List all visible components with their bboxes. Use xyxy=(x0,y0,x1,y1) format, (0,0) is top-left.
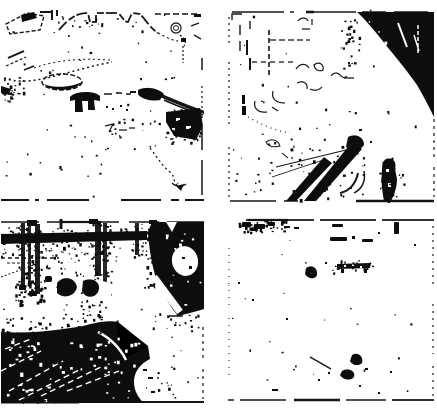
noise-speck xyxy=(358,49,360,51)
cable-curve xyxy=(150,148,186,191)
noise-speck xyxy=(372,266,374,267)
noise-speck xyxy=(100,301,103,303)
noise-speck xyxy=(19,93,21,95)
noise-speck xyxy=(5,252,6,254)
noise-speck xyxy=(58,399,60,401)
noise-speck xyxy=(393,164,395,166)
noise-speck xyxy=(165,137,167,138)
noise-speck xyxy=(187,281,189,283)
noise-speck xyxy=(150,123,152,125)
noise-speck xyxy=(22,399,23,401)
noise-speck xyxy=(34,245,36,247)
noise-speck xyxy=(241,225,243,227)
noise-speck xyxy=(20,300,23,303)
noise-speck xyxy=(271,221,272,223)
noise-speck xyxy=(399,174,400,176)
noise-speck xyxy=(84,253,86,254)
noise-speck xyxy=(25,290,27,292)
noise-speck xyxy=(166,237,168,240)
noise-speck xyxy=(357,153,359,155)
arm-diagonal xyxy=(272,129,372,201)
noise-speck xyxy=(45,327,47,330)
noise-speck xyxy=(330,184,332,185)
noise-speck xyxy=(43,235,45,237)
noise-speck xyxy=(365,271,367,273)
noise-speck xyxy=(150,284,152,287)
noise-speck xyxy=(173,355,175,357)
noise-speck xyxy=(388,200,390,203)
noise-speck xyxy=(12,232,14,234)
noise-speck xyxy=(272,183,274,185)
noise-speck xyxy=(23,88,25,90)
noise-speck xyxy=(49,268,50,270)
noise-speck xyxy=(9,227,10,229)
noise-speck xyxy=(38,252,39,253)
noise-speck xyxy=(305,262,307,263)
noise-speck xyxy=(79,237,81,239)
noise-speck xyxy=(81,302,82,304)
noise-speck xyxy=(175,322,176,324)
noise-speck xyxy=(154,121,156,123)
noise-speck xyxy=(370,262,371,264)
noise-speck xyxy=(30,294,33,297)
noise-speck xyxy=(55,401,57,404)
noise-speck xyxy=(109,252,112,254)
noise-speck xyxy=(382,185,384,187)
noise-speck xyxy=(97,278,99,280)
noise-speck xyxy=(87,176,89,177)
noise-speck xyxy=(44,287,47,289)
noise-speck xyxy=(38,322,39,324)
noise-speck xyxy=(119,135,120,136)
noise-speck xyxy=(101,319,103,320)
noise-speck xyxy=(396,196,398,197)
noise-speck xyxy=(341,262,343,264)
noise-speck xyxy=(77,242,79,244)
noise-speck xyxy=(61,327,63,329)
noise-speck xyxy=(94,305,96,306)
noise-speck xyxy=(32,239,34,240)
noise-speck xyxy=(167,382,168,383)
noise-speck xyxy=(21,282,23,284)
noise-speck xyxy=(171,143,173,145)
noise-speck xyxy=(36,224,38,225)
noise-speck xyxy=(20,347,22,348)
noise-speck xyxy=(348,65,351,67)
noise-speck xyxy=(85,329,87,332)
noise-speck xyxy=(415,126,417,129)
noise-speck xyxy=(119,248,121,249)
noise-speck xyxy=(9,364,11,367)
noise-speck xyxy=(81,368,83,370)
noise-speck xyxy=(4,78,6,80)
noise-speck xyxy=(78,329,81,331)
noise-speck xyxy=(44,400,46,402)
noise-speck xyxy=(80,60,82,61)
noise-speck xyxy=(272,231,274,232)
noise-speck xyxy=(296,102,298,104)
noise-speck xyxy=(98,247,99,249)
noise-speck xyxy=(76,275,78,277)
noise-speck xyxy=(93,365,96,367)
noise-speck xyxy=(352,268,354,270)
noise-speck xyxy=(96,245,99,247)
noise-speck xyxy=(343,47,345,49)
noise-speck xyxy=(81,47,83,49)
noise-speck xyxy=(299,159,302,161)
noise-speck xyxy=(353,262,355,265)
noise-speck xyxy=(90,52,93,54)
noise-speck xyxy=(87,315,89,316)
noise-speck xyxy=(174,248,176,250)
noise-speck xyxy=(39,238,41,241)
binarized-photo-top-right xyxy=(228,7,436,203)
noise-speck xyxy=(119,136,121,138)
noise-speck xyxy=(257,222,258,224)
noise-speck xyxy=(149,258,151,259)
noise-speck xyxy=(50,239,52,241)
small-floor-marks xyxy=(105,124,135,132)
noise-speck xyxy=(253,227,254,228)
noise-speck xyxy=(340,194,342,197)
noise-speck xyxy=(256,229,257,231)
noise-speck xyxy=(363,157,365,160)
noise-speck xyxy=(158,254,160,256)
noise-speck xyxy=(333,161,335,164)
noise-speck xyxy=(173,114,176,117)
noise-speck xyxy=(41,288,44,291)
noise-speck xyxy=(260,225,262,228)
noise-speck xyxy=(141,254,143,256)
noise-speck xyxy=(333,272,335,275)
noise-speck xyxy=(108,341,110,344)
noise-speck xyxy=(155,321,156,322)
noise-speck xyxy=(39,275,41,276)
noise-speck xyxy=(171,367,173,368)
noise-speck xyxy=(107,148,109,149)
noise-speck xyxy=(164,15,165,17)
noise-speck xyxy=(28,283,31,287)
noise-speck xyxy=(257,174,259,176)
noise-speck xyxy=(33,264,35,266)
noise-speck xyxy=(274,142,276,145)
noise-speck xyxy=(63,318,65,320)
noise-speck xyxy=(90,358,93,361)
noise-speck xyxy=(179,325,181,326)
noise-speck xyxy=(366,38,368,40)
noise-speck xyxy=(340,185,341,186)
noise-speck xyxy=(383,165,386,168)
noise-speck xyxy=(49,250,51,252)
noise-speck xyxy=(301,153,302,154)
noise-speck xyxy=(400,177,401,178)
noise-speck xyxy=(147,258,149,259)
noise-speck xyxy=(101,252,104,255)
noise-speck xyxy=(94,279,96,280)
noise-speck xyxy=(20,225,22,227)
noise-speck xyxy=(106,260,108,262)
noise-speck xyxy=(138,254,140,256)
noise-speck xyxy=(99,234,102,238)
noise-speck xyxy=(86,232,89,235)
noise-speck xyxy=(115,133,117,135)
noise-speck xyxy=(153,251,155,252)
noise-speck xyxy=(249,227,252,230)
noise-speck xyxy=(303,171,304,172)
noise-speck xyxy=(357,324,359,325)
noise-speck xyxy=(381,180,383,183)
noise-speck xyxy=(97,344,100,347)
noise-speck xyxy=(179,244,182,247)
noise-speck xyxy=(84,137,86,138)
noise-speck xyxy=(113,233,115,234)
noise-speck xyxy=(260,189,262,191)
noise-speck xyxy=(101,317,103,318)
noise-speck xyxy=(54,32,55,33)
noise-speck xyxy=(36,278,38,280)
noise-speck xyxy=(121,331,123,332)
noise-speck xyxy=(403,184,405,186)
noise-speck xyxy=(390,165,392,166)
noise-speck xyxy=(243,222,245,224)
noise-speck xyxy=(38,233,40,235)
noise-speck xyxy=(272,170,274,172)
noise-speck xyxy=(179,312,181,315)
noise-speck xyxy=(2,329,5,333)
noise-speck xyxy=(86,300,88,303)
noise-speck xyxy=(30,321,31,323)
noise-speck xyxy=(62,371,65,374)
noise-speck xyxy=(358,260,360,261)
noise-speck xyxy=(148,286,150,289)
noise-speck xyxy=(392,193,394,196)
noise-speck xyxy=(75,272,77,274)
noise-speck xyxy=(273,226,275,228)
noise-speck xyxy=(346,34,348,36)
binarized-photo-top-left xyxy=(1,8,204,203)
noise-speck xyxy=(388,174,390,175)
noise-speck xyxy=(70,367,73,370)
noise-speck xyxy=(27,232,29,233)
noise-speck xyxy=(130,344,133,348)
noise-speck xyxy=(107,273,108,275)
noise-speck xyxy=(61,251,63,252)
noise-speck xyxy=(39,299,42,303)
noise-speck xyxy=(379,47,381,49)
noise-speck xyxy=(13,92,14,93)
noise-speck xyxy=(152,231,155,233)
noise-speck xyxy=(42,256,44,259)
noise-speck xyxy=(37,286,39,288)
noise-speck xyxy=(39,399,42,401)
noise-speck xyxy=(372,49,375,52)
noise-speck xyxy=(190,320,192,322)
noise-speck xyxy=(84,20,86,21)
noise-speck xyxy=(190,122,192,125)
noise-speck xyxy=(93,234,95,237)
noise-speck xyxy=(59,166,61,169)
noise-speck xyxy=(58,261,60,263)
noise-speck xyxy=(81,305,83,307)
noise-speck xyxy=(364,268,366,271)
noise-speck xyxy=(285,221,287,224)
noise-speck xyxy=(30,241,31,242)
noise-speck xyxy=(155,145,156,146)
noise-speck xyxy=(395,314,396,316)
noise-speck xyxy=(104,280,107,282)
noise-speck xyxy=(81,346,84,348)
noise-speck xyxy=(12,253,14,256)
noise-speck xyxy=(19,235,21,238)
noise-speck xyxy=(111,271,113,273)
noise-speck xyxy=(283,230,286,232)
noise-speck xyxy=(133,250,135,252)
noise-speck xyxy=(293,146,294,148)
noise-speck xyxy=(319,194,321,196)
noise-speck xyxy=(98,223,101,225)
noise-speck xyxy=(29,173,31,176)
noise-speck xyxy=(117,92,119,94)
noise-speck xyxy=(20,254,23,256)
noise-speck xyxy=(377,45,379,47)
noise-speck xyxy=(108,371,110,373)
noise-speck xyxy=(264,221,267,223)
noise-speck xyxy=(312,198,314,200)
photo-panel-bottom-left xyxy=(1,219,205,406)
noise-speck xyxy=(32,257,33,258)
noise-speck xyxy=(61,262,63,264)
noise-speck xyxy=(63,230,65,231)
noise-speck xyxy=(143,243,144,244)
noise-speck xyxy=(245,227,248,230)
noise-speck xyxy=(7,331,9,333)
noise-speck xyxy=(27,272,29,274)
noise-speck xyxy=(63,309,64,310)
noise-speck xyxy=(37,402,39,404)
noise-speck xyxy=(351,172,353,174)
noise-speck xyxy=(284,227,286,229)
noise-speck xyxy=(35,269,38,271)
noise-speck xyxy=(352,40,354,42)
noise-speck xyxy=(75,262,76,263)
noise-speck xyxy=(21,285,23,286)
noise-speck xyxy=(68,35,70,37)
noise-speck xyxy=(166,132,169,135)
noise-speck xyxy=(10,86,13,90)
noise-speck xyxy=(324,139,326,141)
noise-speck xyxy=(228,285,229,286)
noise-speck xyxy=(54,257,56,260)
noise-speck xyxy=(15,236,17,238)
noise-speck xyxy=(38,257,41,259)
noise-speck xyxy=(244,45,245,46)
noise-speck xyxy=(388,188,391,190)
noise-speck xyxy=(343,175,346,177)
noise-speck xyxy=(34,239,36,241)
noise-speck xyxy=(16,245,18,247)
noise-speck xyxy=(37,302,40,305)
noise-speck xyxy=(21,278,23,281)
noise-speck xyxy=(369,36,370,38)
noise-speck xyxy=(105,307,107,309)
noise-speck xyxy=(20,373,23,377)
noise-speck xyxy=(27,154,29,156)
noise-speck xyxy=(72,248,73,249)
noise-speck xyxy=(79,26,81,28)
noise-speck xyxy=(359,44,361,45)
noise-speck xyxy=(6,162,8,163)
shelf-marks xyxy=(242,222,416,246)
noise-speck xyxy=(143,387,146,391)
noise-speck xyxy=(88,246,90,247)
noise-speck xyxy=(93,224,95,227)
noise-speck xyxy=(165,79,167,81)
noise-speck xyxy=(184,234,186,235)
noise-speck xyxy=(52,243,54,245)
noise-speck xyxy=(16,284,19,286)
noise-speck xyxy=(150,251,153,253)
noise-speck xyxy=(143,375,146,379)
shelf-edge-fragments xyxy=(232,14,354,158)
noise-speck xyxy=(155,231,157,233)
noise-speck xyxy=(124,122,126,124)
noise-speck xyxy=(383,162,386,164)
noise-speck xyxy=(102,236,104,238)
noise-speck xyxy=(91,140,92,142)
noise-speck xyxy=(145,254,147,256)
noise-speck xyxy=(76,254,78,257)
noise-speck xyxy=(133,236,135,238)
noise-speck xyxy=(43,94,44,95)
noise-speck xyxy=(134,256,136,259)
noise-speck xyxy=(352,155,354,158)
noise-speck xyxy=(181,240,183,242)
noise-speck xyxy=(102,245,105,249)
noise-speck xyxy=(34,275,36,276)
noise-speck xyxy=(37,342,40,345)
noise-speck xyxy=(153,283,155,285)
noise-speck xyxy=(38,267,40,269)
noise-speck xyxy=(125,228,128,230)
noise-speck xyxy=(187,381,189,383)
noise-speck xyxy=(350,187,352,189)
noise-speck xyxy=(90,315,92,316)
noise-speck xyxy=(127,397,129,398)
noise-speck xyxy=(239,225,242,229)
noise-speck xyxy=(98,314,101,317)
noise-speck xyxy=(308,173,310,175)
noise-speck xyxy=(15,286,17,289)
noise-speck xyxy=(325,109,327,112)
noise-speck xyxy=(136,244,138,245)
noise-speck xyxy=(40,251,43,254)
noise-speck xyxy=(355,269,357,271)
noise-speck xyxy=(146,251,147,252)
noise-speck xyxy=(19,77,21,79)
noise-speck xyxy=(60,268,62,270)
noise-speck xyxy=(139,373,142,377)
noise-speck xyxy=(159,313,161,316)
noise-speck xyxy=(19,83,21,86)
noise-speck xyxy=(114,128,116,130)
noise-speck xyxy=(27,244,30,247)
noise-speck xyxy=(58,22,60,24)
noise-speck xyxy=(95,18,97,21)
noise-speck xyxy=(23,403,25,404)
noise-speck xyxy=(174,368,175,369)
noise-speck xyxy=(100,332,102,334)
noise-speck xyxy=(147,238,150,242)
